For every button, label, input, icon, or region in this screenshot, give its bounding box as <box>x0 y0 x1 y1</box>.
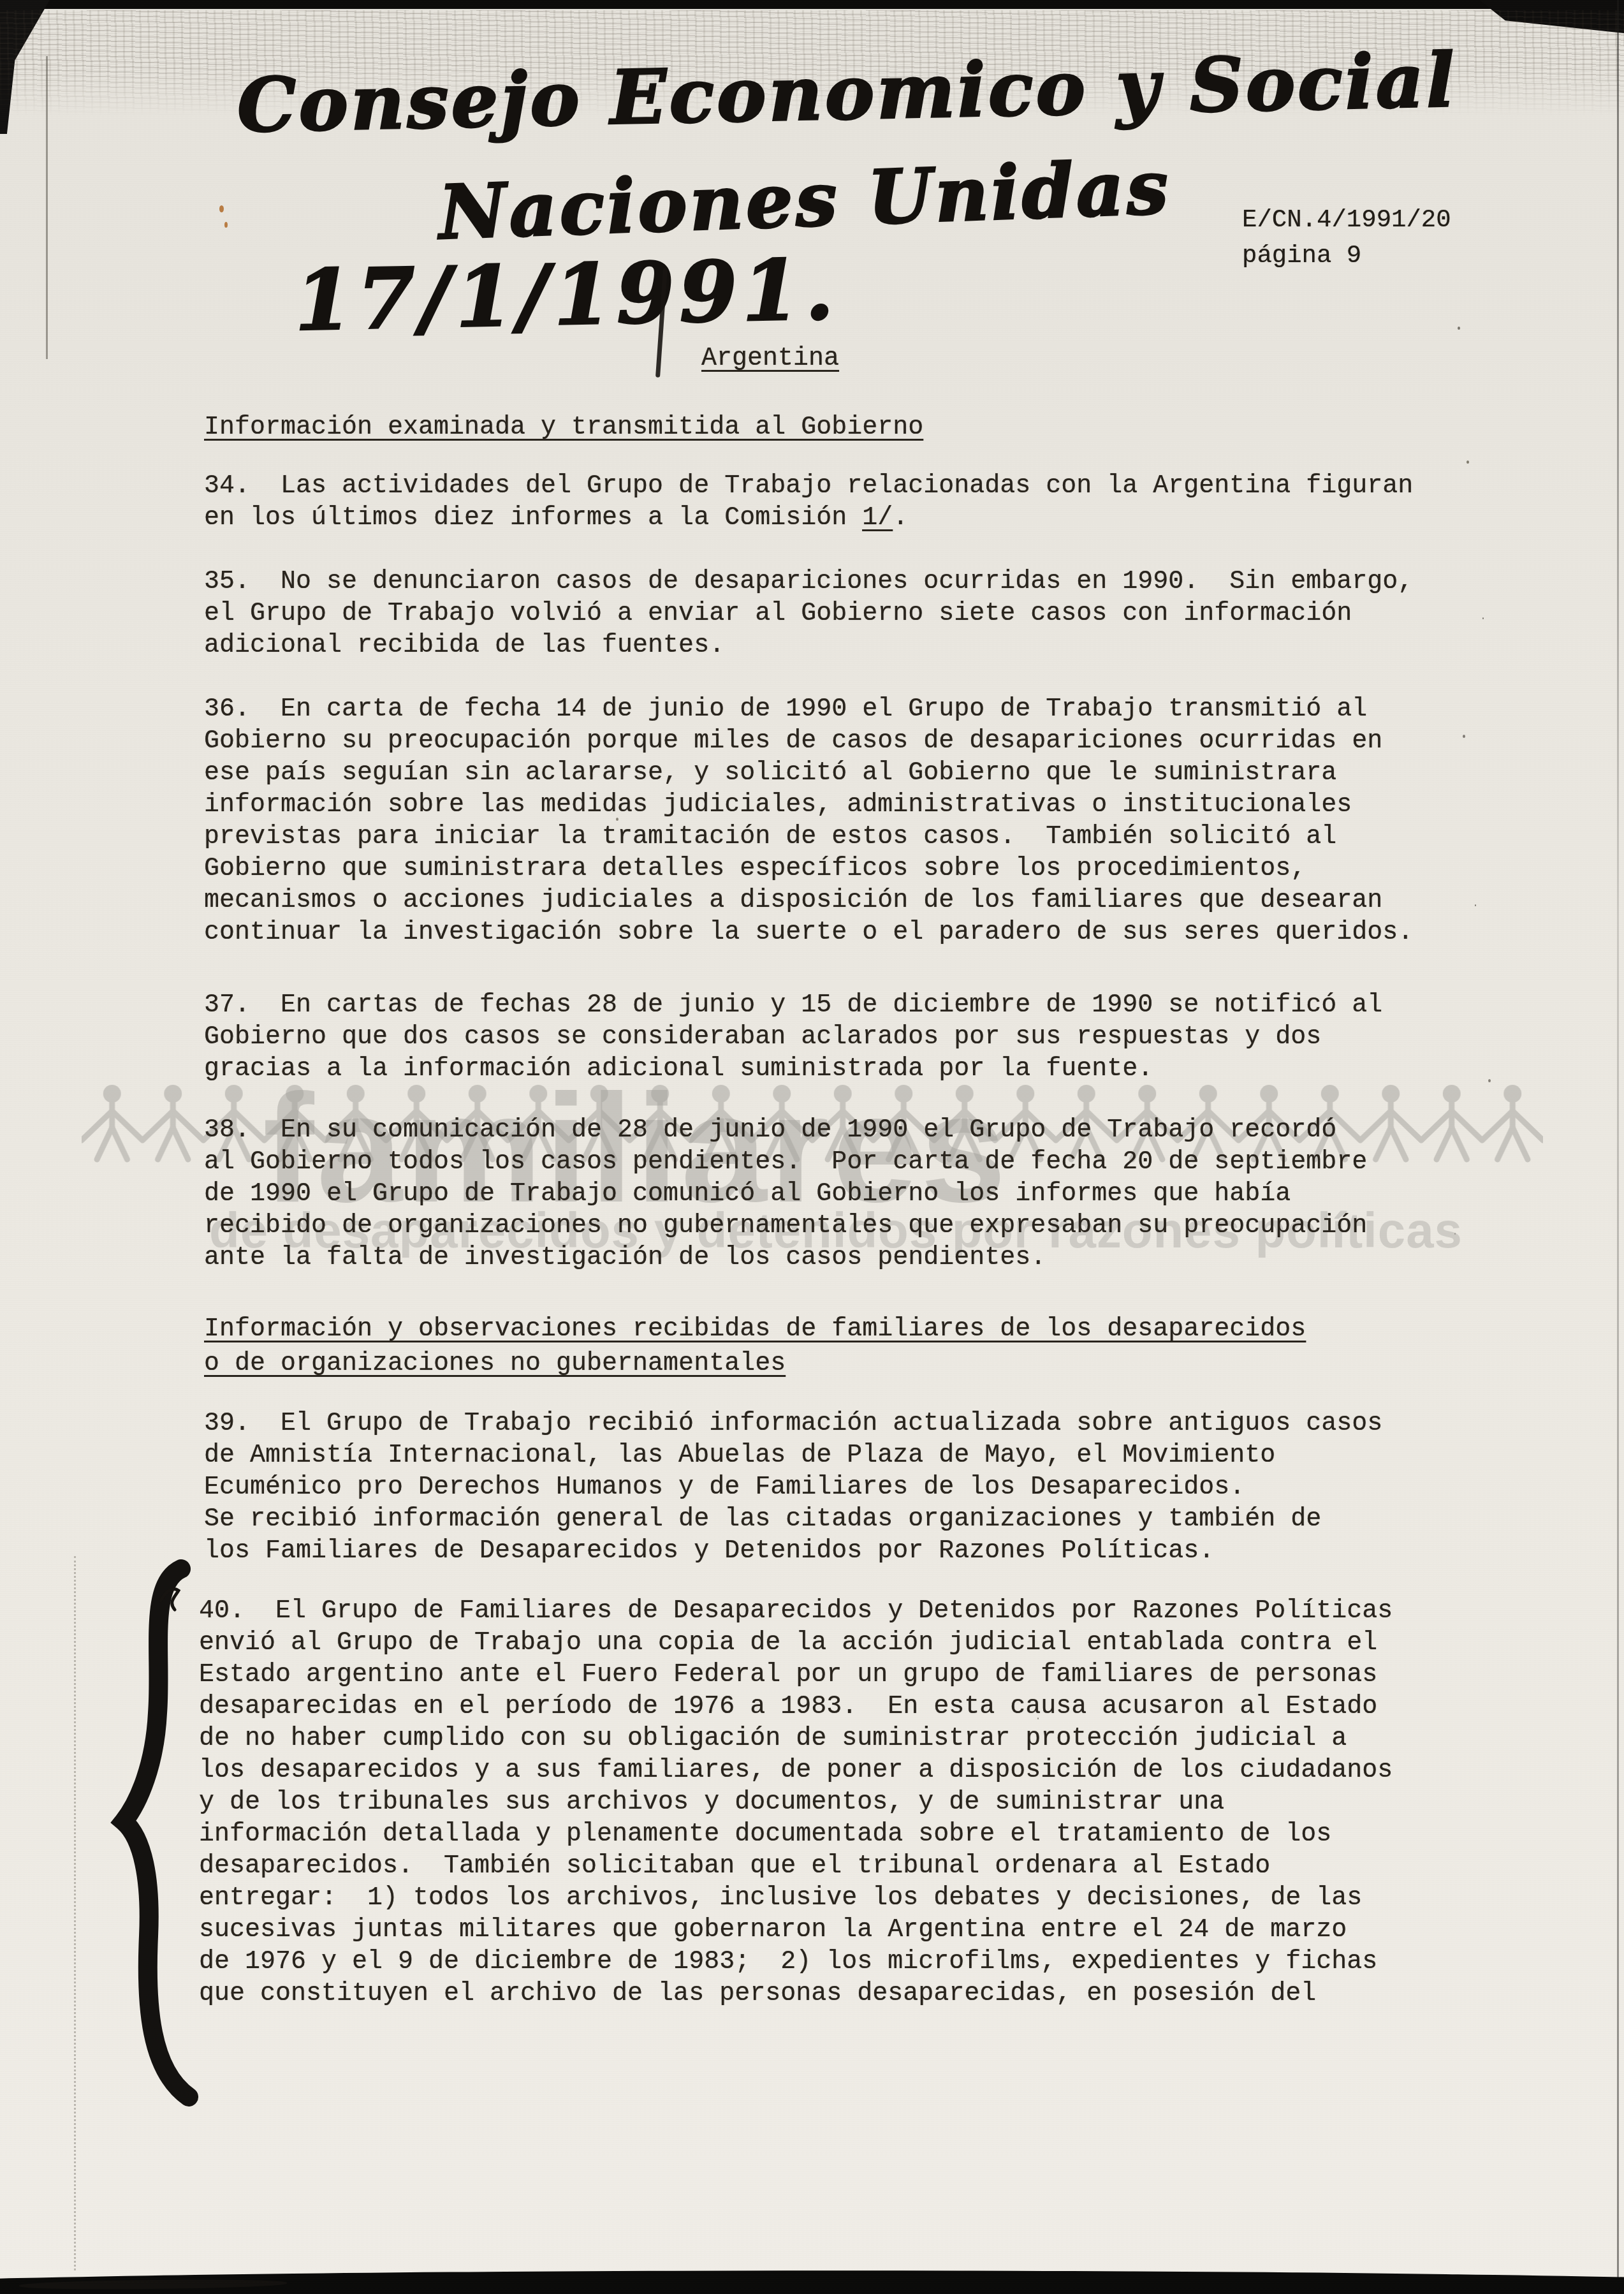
paragraph-35: 35. No se denunciaron casos de desaparic… <box>204 566 1537 662</box>
document-number: E/CN.4/1991/20 <box>1242 203 1451 237</box>
handwritten-tick-mark-icon <box>158 1582 187 1615</box>
paragraph-40: 40. El Grupo de Familiares de Desapareci… <box>199 1596 1532 2010</box>
handwritten-date: 17/1/1991. <box>293 240 839 349</box>
paragraph-34: 34. Las actividades del Grupo de Trabajo… <box>204 471 1537 534</box>
section-heading-info-observaciones: Información y observaciones recibidas de… <box>204 1312 1537 1381</box>
paragraph-34-period: . <box>893 504 908 533</box>
scan-left-line <box>46 56 48 359</box>
handwritten-title-line2: Naciones Unidas <box>437 144 1172 256</box>
paragraph-37: 37. En cartas de fechas 28 de junio y 15… <box>204 990 1537 1085</box>
paragraph-36: 36. En carta de fecha 14 de junio de 199… <box>204 694 1537 949</box>
section-heading-info-examinada: Información examinada y transmitida al G… <box>204 412 923 444</box>
paragraph-34-text: 34. Las actividades del Grupo de Trabajo… <box>204 472 1413 533</box>
scanned-document-page: familiares de desaparecidos y detenidos … <box>0 0 1624 2294</box>
scan-left-dotted-line <box>74 1556 76 2270</box>
orange-mark <box>224 222 228 228</box>
paragraph-38: 38. En su comunicación de 28 de junio de… <box>204 1115 1537 1274</box>
scan-specks <box>1458 327 1460 330</box>
handwritten-brace-icon <box>106 1559 201 2107</box>
orange-mark <box>219 205 224 212</box>
footnote-reference: 1/ <box>862 504 893 533</box>
scan-top-edge <box>0 0 1624 9</box>
scan-right-edge-line <box>1617 0 1619 2294</box>
country-title: Argentina <box>701 343 839 375</box>
paragraph-39: 39. El Grupo de Trabajo recibió informac… <box>204 1408 1537 1568</box>
page-number-label: página 9 <box>1242 239 1361 273</box>
